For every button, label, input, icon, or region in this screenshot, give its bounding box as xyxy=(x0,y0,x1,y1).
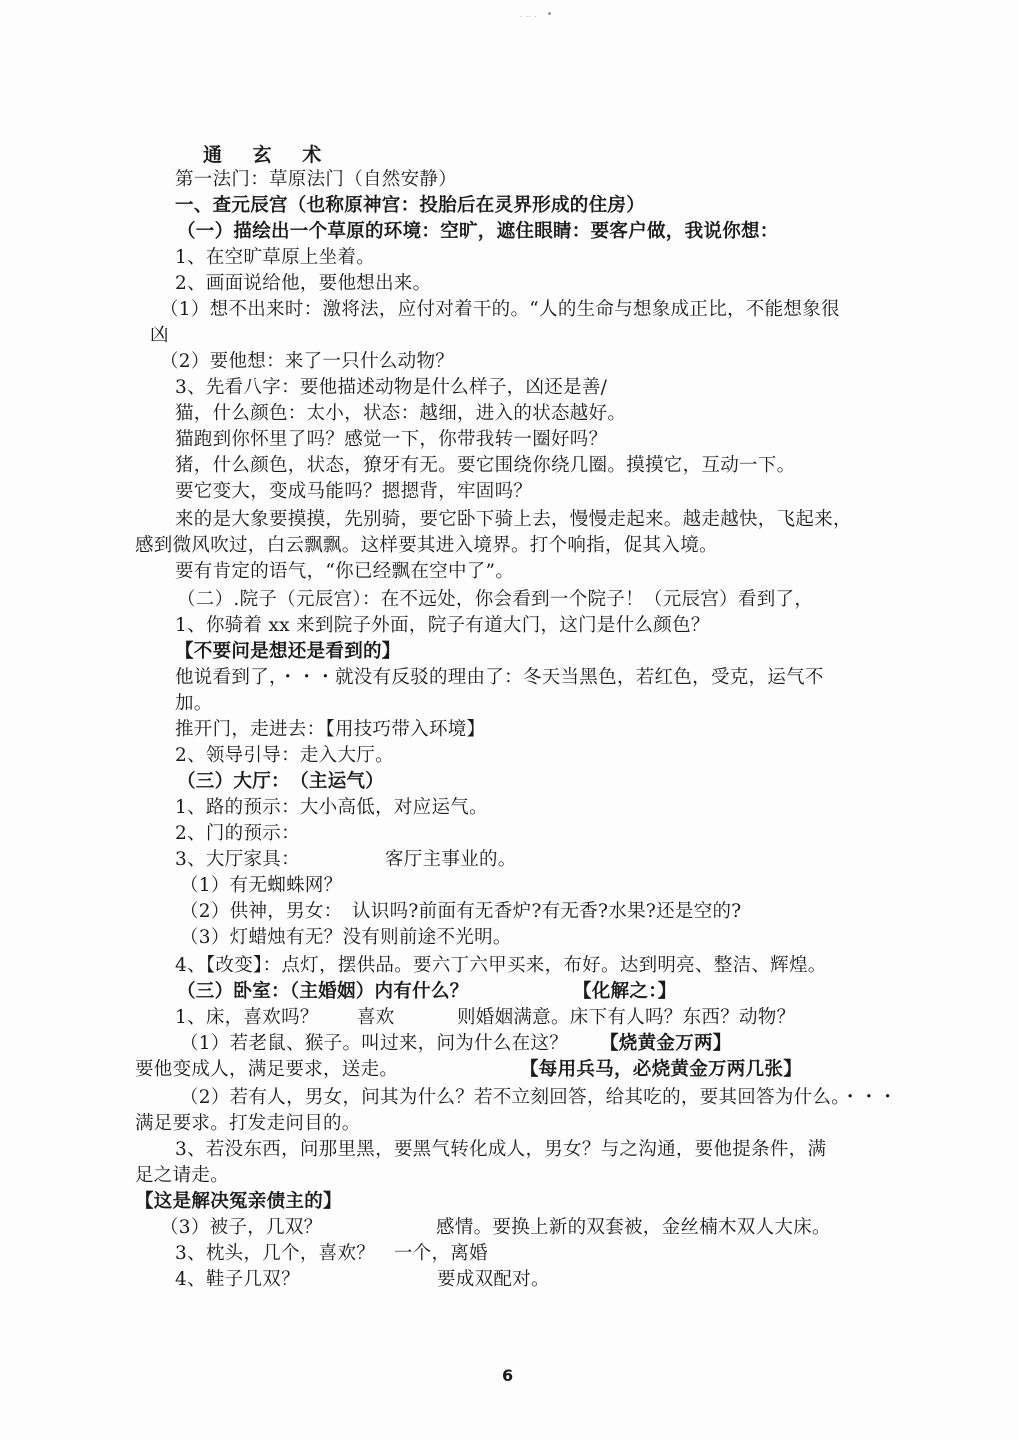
note-bracket: 【这是解决冤亲债主的】 xyxy=(135,1190,342,1214)
paragraph-line: 3、先看八字：要他描述动物是什么样子，凶还是善/ xyxy=(175,376,607,400)
note-bracket: 【不要问是想还是看到的】 xyxy=(175,640,401,664)
paragraph-line: 2、领导引导：走入大厅。 xyxy=(175,744,394,768)
subsection-heading: （二）.院子（元辰宫）：在不远处，你会看到一个院子！（元辰宫）看到了， xyxy=(177,588,813,612)
paragraph-line: （1）有无蜘蛛网？ xyxy=(180,874,342,898)
paragraph-line: 4、【改变】：点灯，摆供品。要六丁六甲买来，布好。达到明亮、整洁、辉煌。 xyxy=(175,954,827,978)
paragraph-line: （2）供神，男女： 认识吗?前面有无香炉?有无香?水果?还是空的? xyxy=(180,900,742,924)
paragraph-line: 加。 xyxy=(175,692,213,716)
paragraph-note: 喜欢 xyxy=(357,1006,395,1030)
section-heading: 第一法门：草原法门（自然安静） xyxy=(175,168,457,192)
paragraph-line: 足之请走。 xyxy=(135,1164,229,1188)
paragraph-line: 2、门的预示： xyxy=(175,822,300,846)
paragraph-line: （3）被子，几双？ xyxy=(160,1216,322,1240)
paragraph-line: 推开门，走进去：【用技巧带入环境】 xyxy=(175,718,485,742)
document-title: 通 玄 术 xyxy=(203,143,333,167)
section-heading: 一、查元辰宫（也称原神宫：投胎后在灵界形成的住房） xyxy=(175,194,645,218)
paragraph-line: 要他变成人，满足要求，送走。 xyxy=(135,1058,398,1082)
paragraph-line: 满足要求。打发走问目的。 xyxy=(135,1112,361,1136)
paragraph-line: 要有肯定的语气，“你已经飘在空中了”。 xyxy=(175,560,514,584)
paragraph-line: 3、若没东西，问那里黑，要黑气转化成人，男女？与之沟通，要他提条件，满 xyxy=(175,1138,826,1162)
paragraph-note: 感情。要换上新的双套被，金丝楠木双人大床。 xyxy=(436,1216,831,1240)
paragraph-line: 猫，什么颜色：太小，状态：越细，进入的状态越好。 xyxy=(175,402,626,426)
note-bracket: 【化解之：】 xyxy=(573,980,677,1004)
paragraph-note: 则婚姻满意。床下有人吗？东西？动物？ xyxy=(457,1006,795,1030)
scan-artifact: · ·· · xyxy=(520,14,537,21)
paragraph-line: 1、在空旷草原上坐着。 xyxy=(175,246,375,270)
paragraph-line: （2）若有人，男女，问其为什么？若不立刻回答，给其吃的，要其回答为什么。・・・ xyxy=(180,1086,897,1110)
subsection-heading: （三）大厅： （主运气） xyxy=(177,770,384,794)
paragraph-line: （3）灯蜡烛有无？没有则前途不光明。 xyxy=(180,926,512,950)
paragraph-line: 4、鞋子几双？ xyxy=(175,1268,300,1292)
paragraph-line: 他说看到了，・・・就没有反驳的理由了：冬天当黑色，若红色，受克，运气不 xyxy=(175,666,824,690)
paragraph-line: 1、你骑着 xx 来到院子外面，院子有道大门，这门是什么颜色？ xyxy=(175,614,710,638)
paragraph-line: 猫跑到你怀里了吗？感觉一下，你带我转一圈好吗？ xyxy=(175,428,607,452)
subsection-heading: （三）卧室：（主婚姻）内有什么？ xyxy=(177,980,469,1004)
note-bracket: 【烧黄金万两】 xyxy=(600,1032,732,1056)
paragraph-line: 要它变大，变成马能吗？摁摁背，牢固吗？ xyxy=(175,480,532,504)
paragraph-note: 要成双配对。 xyxy=(437,1268,550,1292)
document-page: · ·· · 通 玄 术 第一法门：草原法门（自然安静） 一、查元辰宫（也称原神… xyxy=(0,0,1018,1440)
paragraph-line: 1、路的预示：大小高低，对应运气。 xyxy=(175,796,488,820)
paragraph-line: （2）要他想：来了一只什么动物？ xyxy=(160,350,454,374)
note-bracket: 【每用兵马，必烧黄金万两几张】 xyxy=(520,1058,802,1082)
paragraph-line: 3、大厅家具： xyxy=(175,848,300,872)
paragraph-line: 来的是大象要摸摸，先别骑，要它卧下骑上去，慢慢走起来。越走越快，飞起来， xyxy=(175,508,852,532)
subsection-heading: （一）描绘出一个草原的环境：空旷，遮住眼睛：要客户做，我说你想： xyxy=(177,220,779,244)
page-number: 6 xyxy=(502,1366,513,1385)
paragraph-line: 感到微风吹过，白云飘飘。这样要其进入境界。打个响指，促其入境。 xyxy=(135,534,718,558)
paragraph-line: 凶 xyxy=(150,324,169,348)
paragraph-line: （1）若老鼠、猴子。叫过来，问为什么在这？ xyxy=(180,1032,568,1056)
scan-artifact-dot xyxy=(548,12,551,15)
paragraph-line: 1、床，喜欢吗？ xyxy=(175,1006,319,1030)
paragraph-line: 猪，什么颜色，状态，獠牙有无。要它围绕你绕几圈。摸摸它，互动一下。 xyxy=(175,454,795,478)
paragraph-line: （1）想不出来时：激将法，应付对着干的。“人的生命与想象成正比，不能想象很 xyxy=(160,298,840,322)
paragraph-line: 3、枕头，几个，喜欢？ 一个，离婚 xyxy=(175,1242,488,1266)
paragraph-note: 客厅主事业的。 xyxy=(385,848,517,872)
paragraph-line: 2、画面说给他，要他想出来。 xyxy=(175,272,431,296)
